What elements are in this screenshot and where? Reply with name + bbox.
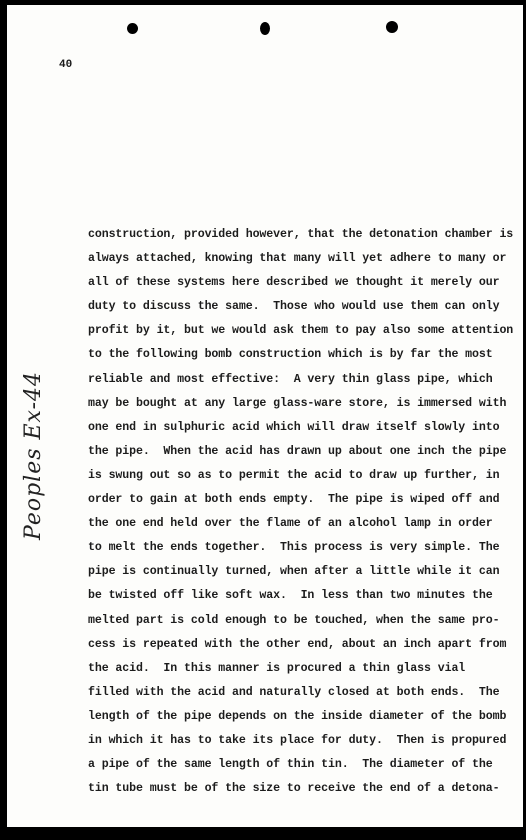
text-line: to melt the ends together. This process … (88, 536, 508, 560)
text-line: pipe is continually turned, when after a… (88, 560, 508, 584)
text-line: the one end held over the flame of an al… (88, 512, 508, 536)
text-line: tin tube must be of the size to receive … (88, 777, 508, 801)
document-page: 40 Peoples Ex-44 construction, provided … (7, 5, 523, 827)
text-line: duty to discuss the same. Those who woul… (88, 295, 508, 319)
text-line: in which it has to take its place for du… (88, 729, 508, 753)
text-line: order to gain at both ends empty. The pi… (88, 488, 508, 512)
text-line: always attached, knowing that many will … (88, 247, 508, 271)
text-line: is swung out so as to permit the acid to… (88, 464, 508, 488)
text-line: a pipe of the same length of thin tin. T… (88, 753, 508, 777)
punch-hole-1 (127, 23, 138, 34)
text-line: reliable and most effective: A very thin… (88, 368, 508, 392)
text-line: profit by it, but we would ask them to p… (88, 319, 508, 343)
text-line: may be bought at any large glass-ware st… (88, 392, 508, 416)
text-line: the pipe. When the acid has drawn up abo… (88, 440, 508, 464)
text-line: construction, provided however, that the… (88, 223, 508, 247)
text-line: be twisted off like soft wax. In less th… (88, 584, 508, 608)
text-line: one end in sulphuric acid which will dra… (88, 416, 508, 440)
text-line: length of the pipe depends on the inside… (88, 705, 508, 729)
exhibit-annotation: Peoples Ex-44 (21, 371, 46, 540)
text-line: to the following bomb construction which… (88, 343, 508, 367)
text-line: melted part is cold enough to be touched… (88, 609, 508, 633)
text-line: the acid. In this manner is procured a t… (88, 657, 508, 681)
text-line: filled with the acid and naturally close… (88, 681, 508, 705)
text-line: cess is repeated with the other end, abo… (88, 633, 508, 657)
page-number: 40 (59, 59, 72, 71)
punch-hole-2 (260, 22, 270, 35)
text-line: all of these systems here described we t… (88, 271, 508, 295)
typed-body-text: construction, provided however, that the… (88, 223, 508, 801)
punch-hole-3 (386, 21, 398, 33)
